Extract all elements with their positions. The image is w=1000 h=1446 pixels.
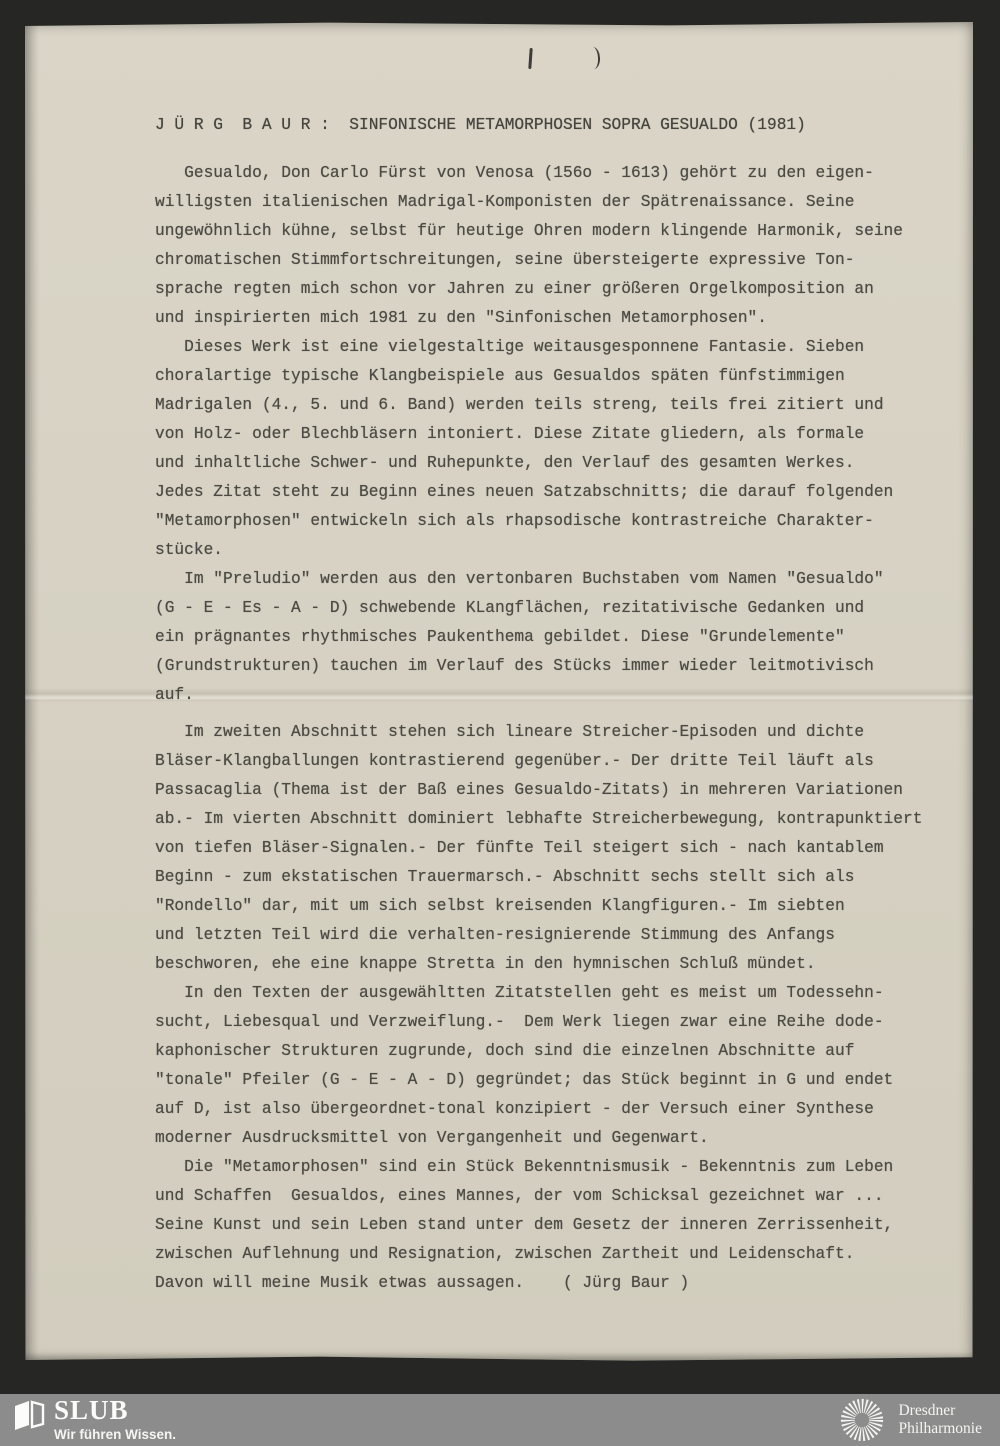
text-line: beschworen, ehe eine knappe Stretta in d…	[155, 950, 922, 979]
text-line: Die "Metamorphosen" sind ein Stück Beken…	[155, 1153, 922, 1182]
text-line: choralartige typische Klangbeispiele aus…	[155, 362, 922, 391]
text-line: "Rondello" dar, mit um sich selbst kreis…	[155, 892, 922, 921]
text-line: ungewöhnlich kühne, selbst für heutige O…	[155, 217, 922, 246]
document-title: J Ü R G B A U R : SINFONISCHE METAMORPHO…	[155, 111, 806, 140]
pen-mark	[528, 48, 532, 69]
text-line: chromatischen Stimmfortschreitungen, sei…	[155, 246, 922, 275]
paragraph: Dieses Werk ist eine vielgestaltige weit…	[155, 333, 922, 565]
paper-edge-shadow	[25, 1352, 973, 1362]
text-line: moderner Ausdrucksmittel von Vergangenhe…	[155, 1124, 922, 1153]
text-line: kaphonischer Strukturen zugrunde, doch s…	[155, 1037, 922, 1066]
document-body: Gesualdo, Don Carlo Fürst von Venosa (15…	[155, 159, 922, 1298]
paragraph: Gesualdo, Don Carlo Fürst von Venosa (15…	[155, 159, 922, 333]
text-line: "Metamorphosen" entwickeln sich als rhap…	[155, 507, 922, 536]
text-line: und inspirierten mich 1981 zu den "Sinfo…	[155, 304, 922, 333]
paragraph: Im zweiten Abschnitt stehen sich lineare…	[155, 718, 922, 979]
book-icon	[13, 1399, 45, 1431]
text-line: und Schaffen Gesualdos, eines Mannes, de…	[155, 1182, 922, 1211]
text-line: Gesualdo, Don Carlo Fürst von Venosa (15…	[155, 159, 922, 188]
text-line: auf D, ist also übergeordnet-tonal konzi…	[155, 1095, 922, 1124]
text-line: (G - E - Es - A - D) schwebende KLangflä…	[155, 594, 922, 623]
text-line: Madrigalen (4., 5. und 6. Band) werden t…	[155, 391, 922, 420]
text-line: (Grundstrukturen) tauchen im Verlauf des…	[155, 652, 922, 681]
text-line: willigsten italienischen Madrigal-Kompon…	[155, 188, 922, 217]
dresdner-philharmonie-logo[interactable]: Dresdner Philharmonie	[839, 1397, 982, 1443]
footer-bar: SLUB Wir führen Wissen. Dresdner Philhar…	[0, 1394, 1000, 1446]
text-line: stücke.	[155, 536, 922, 565]
text-line: Jedes Zitat steht zu Beginn eines neuen …	[155, 478, 922, 507]
text-line: auf.	[155, 681, 922, 710]
text-line: sucht, Liebesqual und Verzweiflung.- Dem…	[155, 1008, 922, 1037]
text-line: zwischen Auflehnung und Resignation, zwi…	[155, 1240, 922, 1269]
text-line: Davon will meine Musik etwas aussagen. (…	[155, 1269, 922, 1298]
text-line: Im zweiten Abschnitt stehen sich lineare…	[155, 718, 922, 747]
scanned-document-page: J Ü R G B A U R : SINFONISCHE METAMORPHO…	[25, 22, 973, 1362]
text-line: ein prägnantes rhythmisches Paukenthema …	[155, 623, 922, 652]
philharmonie-name-line1: Dresdner	[898, 1402, 982, 1420]
paragraph: Im "Preludio" werden aus den vertonbaren…	[155, 565, 922, 710]
pen-mark	[588, 47, 600, 70]
text-line: von Holz- oder Blechbläsern intoniert. D…	[155, 420, 922, 449]
text-line: Bläser-Klangballungen kontrastierend geg…	[155, 747, 922, 776]
text-line: Beginn - zum ekstatischen Trauermarsch.-…	[155, 863, 922, 892]
paragraph: In den Texten der ausgewähltten Zitatste…	[155, 979, 922, 1153]
text-line: und letzten Teil wird die verhalten-resi…	[155, 921, 922, 950]
text-line: von tiefen Bläser-Signalen.- Der fünfte …	[155, 834, 922, 863]
text-line: sprache regten mich schon vor Jahren zu …	[155, 275, 922, 304]
text-line: Dieses Werk ist eine vielgestaltige weit…	[155, 333, 922, 362]
slub-logo[interactable]: SLUB Wir führen Wissen.	[13, 1397, 176, 1443]
text-line: und inhaltliche Schwer- und Ruhepunkte, …	[155, 449, 922, 478]
slub-wordmark: SLUB	[54, 1397, 176, 1424]
text-line: ab.- Im vierten Abschnitt dominiert lebh…	[155, 805, 922, 834]
philharmonie-name-line2: Philharmonie	[898, 1420, 982, 1438]
slub-tagline: Wir führen Wissen.	[54, 1426, 176, 1443]
text-line: Seine Kunst und sein Leben stand unter d…	[155, 1211, 922, 1240]
text-line: "tonale" Pfeiler (G - E - A - D) gegründ…	[155, 1066, 922, 1095]
text-line: Passacaglia (Thema ist der Baß eines Ges…	[155, 776, 922, 805]
sunburst-icon	[839, 1397, 885, 1443]
paragraph: Die "Metamorphosen" sind ein Stück Beken…	[155, 1153, 922, 1298]
text-line: Im "Preludio" werden aus den vertonbaren…	[155, 565, 922, 594]
text-line: In den Texten der ausgewähltten Zitatste…	[155, 979, 922, 1008]
